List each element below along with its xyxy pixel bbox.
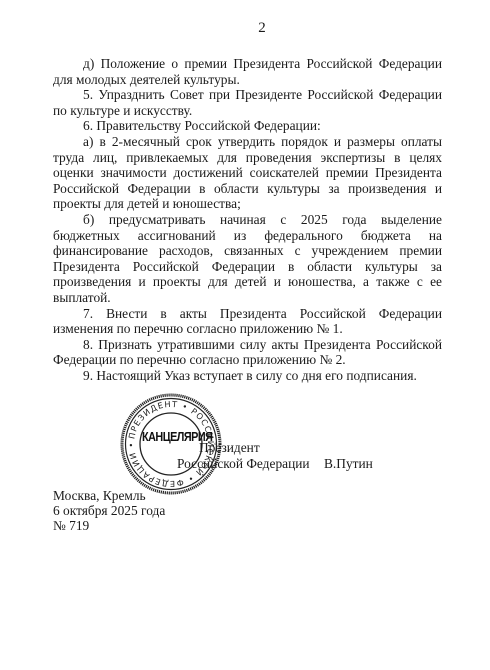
stamp-center-text: КАНЦЕЛЯРИЯ [142,430,195,449]
signing-date: 6 октября 2025 года [53,503,165,518]
page-number: 2 [0,20,490,37]
signing-place: Москва, Кремль [53,488,165,503]
paragraph-d-regulation: д) Положение о премии Президента Российс… [53,56,442,87]
signatory-name: В.Путин [324,456,373,472]
paragraph-7-amendments: 7. Внести в акты Президента Российской Ф… [53,306,442,337]
document-page: 2 д) Положение о премии Президента Росси… [0,0,490,670]
decree-footer: Москва, Кремль 6 октября 2025 года № 719 [53,488,165,533]
paragraph-6-government: 6. Правительству Российской Федерации: [53,118,442,134]
paragraph-5-abolish-council: 5. Упразднить Совет при Президенте Росси… [53,87,442,118]
paragraph-8-repeal: 8. Признать утратившими силу акты Презид… [53,337,442,368]
paragraph-6a-payment: а) в 2-месячный срок утвердить порядок и… [53,134,442,212]
decree-number: № 719 [53,518,165,533]
decree-body: д) Положение о премии Президента Российс… [53,56,442,383]
paragraph-9-effective: 9. Настоящий Указ вступает в силу со дня… [53,368,442,384]
paragraph-6b-budget: б) предусматривать начиная с 2025 года в… [53,212,442,306]
